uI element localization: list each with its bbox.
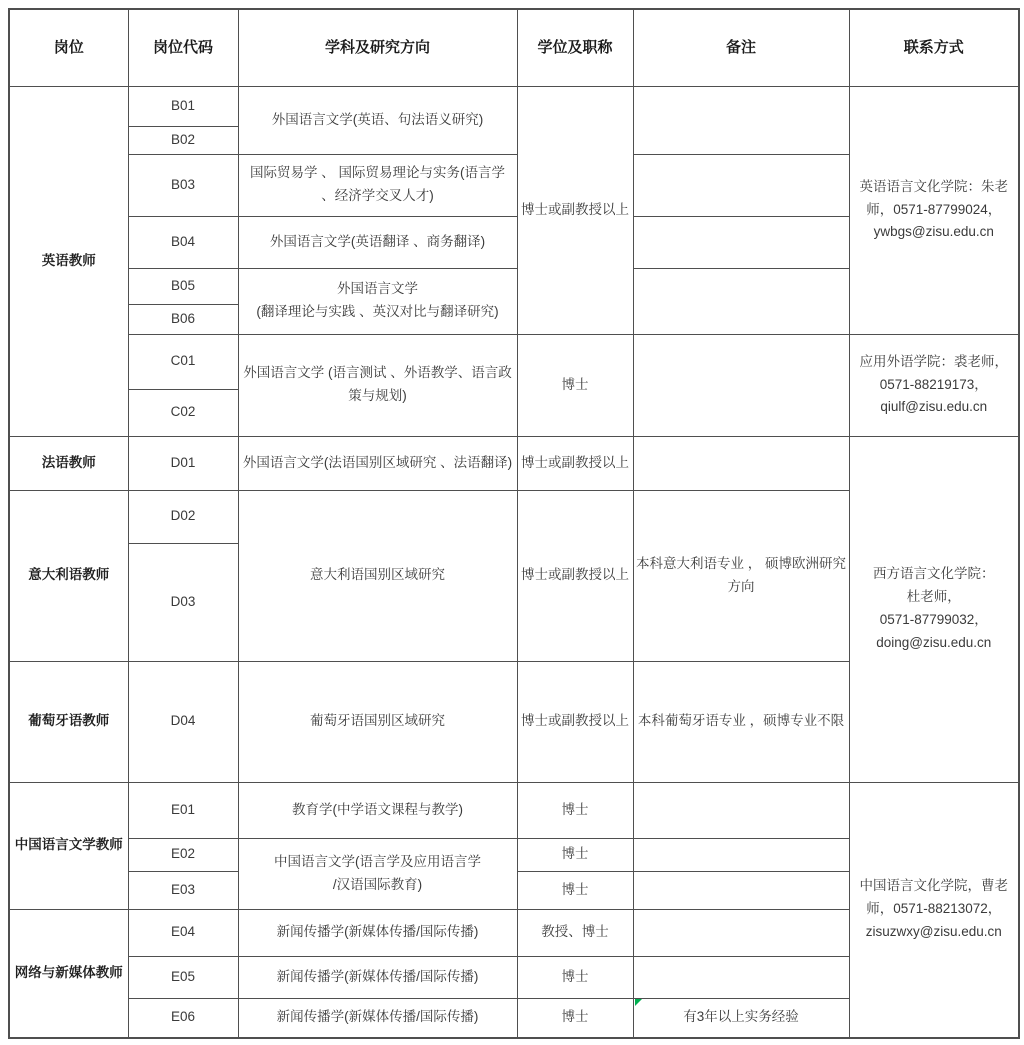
subject-cell-d04: 葡萄牙语国别区域研究 — [238, 661, 517, 782]
code-cell-d02: D02 — [128, 490, 238, 543]
code-cell-d03: D03 — [128, 543, 238, 661]
subject-cell-b04: 外国语言文学(英语翻译 、商务翻译) — [238, 216, 517, 268]
contact-cell-chinese: 中国语言文化学院，曹老师，0571-88213072，zisuzwxy@zisu… — [849, 782, 1019, 1038]
code-cell-e03: E03 — [128, 871, 238, 909]
remark-cell-b05-b06-empty — [633, 268, 849, 334]
remark-cell-b03-empty — [633, 154, 849, 216]
remark-cell-e06: 有3年以上实务经验 — [633, 998, 849, 1038]
position-cell-new-media: 网络与新媒体教师 — [9, 909, 128, 1038]
header-code: 岗位代码 — [128, 9, 238, 86]
header-remark: 备注 — [633, 9, 849, 86]
header-degree: 学位及职称 — [517, 9, 633, 86]
degree-cell-e03: 博士 — [517, 871, 633, 909]
degree-cell-e02: 博士 — [517, 838, 633, 871]
header-position: 岗位 — [9, 9, 128, 86]
remark-cell-e02-empty — [633, 838, 849, 871]
subject-cell-e02-e03: 中国语言文学(语言学及应用语言学 /汉语国际教育) — [238, 838, 517, 909]
remark-cell-e06-text: 有3年以上实务经验 — [683, 1009, 799, 1024]
degree-cell-french: 博士或副教授以上 — [517, 436, 633, 490]
subject-cell-e04: 新闻传播学(新媒体传播/国际传播) — [238, 909, 517, 956]
degree-cell-e05: 博士 — [517, 956, 633, 998]
contact-cell-applied-foreign: 应用外语学院：裘老师，0571-88219173，qiulf@zisu.edu.… — [849, 334, 1019, 436]
code-cell-b04: B04 — [128, 216, 238, 268]
recruitment-table: 岗位 岗位代码 学科及研究方向 学位及职称 备注 联系方式 英语教师 B01 外… — [8, 8, 1020, 1039]
degree-cell-portuguese: 博士或副教授以上 — [517, 661, 633, 782]
remark-cell-e01-empty — [633, 782, 849, 838]
recruitment-table-page: 岗位 岗位代码 学科及研究方向 学位及职称 备注 联系方式 英语教师 B01 外… — [8, 8, 1018, 1039]
code-cell-c02: C02 — [128, 389, 238, 436]
row-d01: 法语教师 D01 外国语言文学(法语国别区域研究 、法语翻译) 博士或副教授以上… — [9, 436, 1019, 490]
contact-cell-english: 英语语言文化学院：朱老师，0571-87799024，ywbgs@zisu.ed… — [849, 86, 1019, 334]
degree-cell-e01: 博士 — [517, 782, 633, 838]
remark-cell-d01-empty — [633, 436, 849, 490]
code-cell-b06: B06 — [128, 304, 238, 334]
code-cell-d01: D01 — [128, 436, 238, 490]
subject-cell-d01: 外国语言文学(法语国别区域研究 、法语翻译) — [238, 436, 517, 490]
subject-cell-e05: 新闻传播学(新媒体传播/国际传播) — [238, 956, 517, 998]
row-e01: 中国语言文学教师 E01 教育学(中学语文课程与教学) 博士 中国语言文化学院，… — [9, 782, 1019, 838]
code-cell-b02: B02 — [128, 126, 238, 154]
remark-cell-portuguese: 本科葡萄牙语专业 ，硕博专业不限 — [633, 661, 849, 782]
degree-cell-e04: 教授、博士 — [517, 909, 633, 956]
code-cell-d04: D04 — [128, 661, 238, 782]
position-cell-french: 法语教师 — [9, 436, 128, 490]
subject-cell-c01-c02: 外国语言文学 (语言测试 、外语教学、语言政策与规划) — [238, 334, 517, 436]
position-cell-chinese: 中国语言文学教师 — [9, 782, 128, 909]
code-cell-e04: E04 — [128, 909, 238, 956]
remark-cell-italian: 本科意大利语专业 ， 硕博欧洲研究方向 — [633, 490, 849, 661]
subject-cell-b03: 国际贸易学 、 国际贸易理论与实务(语言学 、经济学交叉人才) — [238, 154, 517, 216]
code-cell-c01: C01 — [128, 334, 238, 389]
remark-cell-b01-b02-empty — [633, 86, 849, 154]
code-cell-e05: E05 — [128, 956, 238, 998]
row-c01: C01 外国语言文学 (语言测试 、外语教学、语言政策与规划) 博士 应用外语学… — [9, 334, 1019, 389]
code-cell-b01: B01 — [128, 86, 238, 126]
code-cell-e01: E01 — [128, 782, 238, 838]
header-row: 岗位 岗位代码 学科及研究方向 学位及职称 备注 联系方式 — [9, 9, 1019, 86]
position-cell-english: 英语教师 — [9, 86, 128, 436]
code-cell-e06: E06 — [128, 998, 238, 1038]
header-contact: 联系方式 — [849, 9, 1019, 86]
subject-cell-b05-b06: 外国语言文学 (翻译理论与实践 、英汉对比与翻译研究) — [238, 268, 517, 334]
remark-cell-e05-empty — [633, 956, 849, 998]
subject-cell-b01-b02: 外国语言文学(英语、句法语义研究) — [238, 86, 517, 154]
remark-cell-e03-empty — [633, 871, 849, 909]
remark-cell-e04-empty — [633, 909, 849, 956]
header-subject: 学科及研究方向 — [238, 9, 517, 86]
degree-cell-english-b: 博士或副教授以上 — [517, 86, 633, 334]
position-cell-italian: 意大利语教师 — [9, 490, 128, 661]
degree-cell-italian: 博士或副教授以上 — [517, 490, 633, 661]
degree-cell-applied-foreign: 博士 — [517, 334, 633, 436]
code-cell-e02: E02 — [128, 838, 238, 871]
code-cell-b05: B05 — [128, 268, 238, 304]
subject-cell-e06: 新闻传播学(新媒体传播/国际传播) — [238, 998, 517, 1038]
contact-cell-west-languages: 西方语言文化学院： 杜老师， 0571-87799032， doing@zisu… — [849, 436, 1019, 782]
code-cell-b03: B03 — [128, 154, 238, 216]
remark-cell-c01-c02-empty — [633, 334, 849, 436]
degree-cell-e06: 博士 — [517, 998, 633, 1038]
subject-cell-d02-d03: 意大利语国别区域研究 — [238, 490, 517, 661]
remark-cell-b04-empty — [633, 216, 849, 268]
subject-cell-e01: 教育学(中学语文课程与教学) — [238, 782, 517, 838]
position-cell-portuguese: 葡萄牙语教师 — [9, 661, 128, 782]
row-b01: 英语教师 B01 外国语言文学(英语、句法语义研究) 博士或副教授以上 英语语言… — [9, 86, 1019, 126]
cell-comment-indicator-icon — [635, 999, 642, 1006]
